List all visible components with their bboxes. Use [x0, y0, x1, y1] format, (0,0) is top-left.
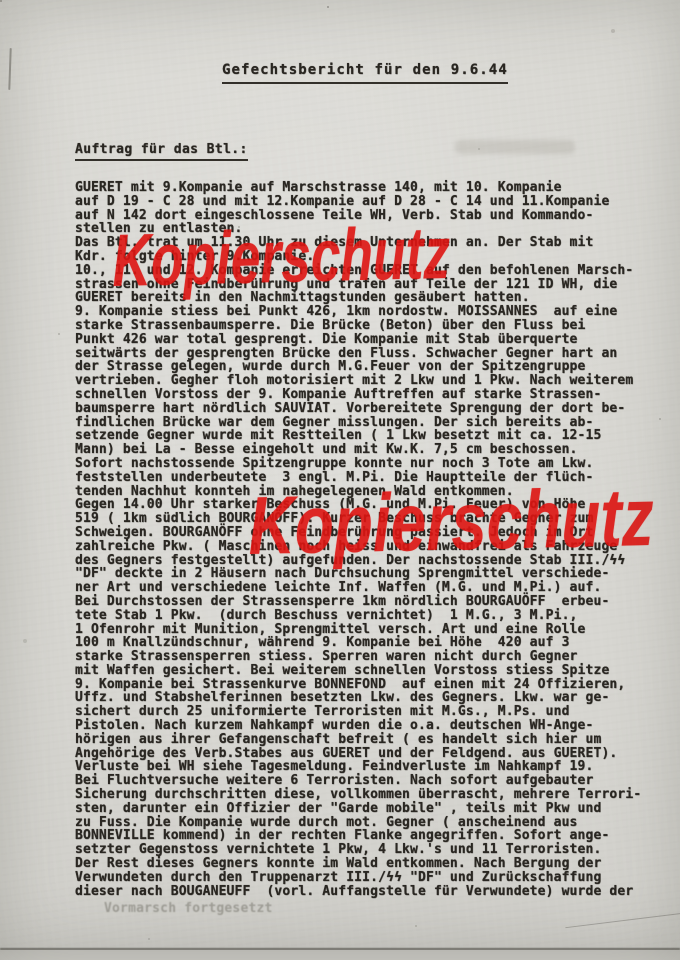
- ink-smudge: [455, 140, 575, 154]
- faded-ghost-line: Vormarsch fortgesetzt: [104, 901, 273, 916]
- section-heading: Auftrag für das Btl.:: [75, 142, 248, 161]
- document-title: Gefechtsbericht für den 9.6.44: [222, 62, 508, 84]
- scan-background-strip: [0, 950, 680, 960]
- scanned-document-page: Gefechtsbericht für den 9.6.44 Auftrag f…: [0, 0, 680, 960]
- pencil-mark: [8, 48, 11, 90]
- paper-specks: [0, 0, 2, 2]
- report-body-text: GUERET mit 9.Kompanie auf Marschstrasse …: [75, 181, 671, 898]
- scratch-mark: [565, 913, 680, 928]
